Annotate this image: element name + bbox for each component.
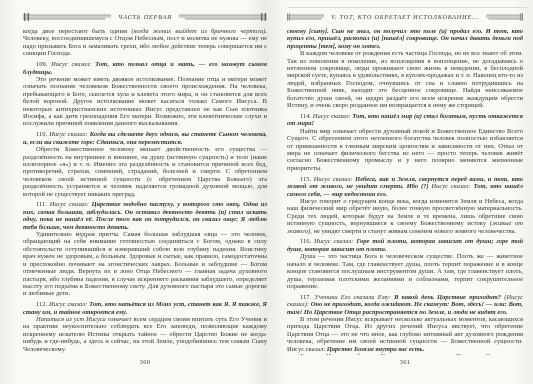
text-segment: В какой день Царствие приходит? <box>394 294 504 301</box>
chapter-title-right: V. ТОТ, КТО ОБРЕТАЕТ ИСТОЛКОВАНИЕ... <box>324 14 486 21</box>
page-body-left: когда двое перестают быть одним (когда ж… <box>23 28 267 355</box>
paragraph: 111. Иисус сказал: Царствие подобно паст… <box>23 201 267 231</box>
page-number-right: 361 <box>287 359 523 366</box>
paragraph: когда двое перестают быть одним (когда ж… <box>23 28 267 58</box>
page-number-left: 360 <box>23 359 267 366</box>
paragraph: Иисус говорит о грядущем конце века, ког… <box>287 198 523 235</box>
paragraph: 114. Иисус сказал: Тот, кто нашёл мир (и… <box>287 113 523 128</box>
book-spread: ЧАСТЬ ПЕРВАЯ когда двое перестают быть о… <box>0 0 533 384</box>
text-segment: Царство Божие внутри вас есть. <box>327 346 425 353</box>
text-segment: Иисус сказал: <box>50 201 92 208</box>
header-rule-ornament-icon <box>486 13 523 21</box>
text-segment: 117. <box>300 294 314 301</box>
paragraph: В каждом человеке от рождения есть части… <box>287 50 523 109</box>
paragraph: 112. Иисус сказал: Тот, кто напьётся из … <box>23 301 267 316</box>
text-segment: 111. <box>36 201 50 208</box>
page-left: ЧАСТЬ ПЕРВАЯ когда двое перестают быть о… <box>23 12 267 366</box>
text-segment: Иисус сказал: <box>314 238 356 245</box>
header-rule-ornament-icon <box>23 13 111 21</box>
header-rule-ornament-icon <box>179 13 267 21</box>
paragraph: 110. Иисус сказал: Когда вы сделаете дву… <box>23 131 267 146</box>
text-segment: Душа — это частица Бога в человеческом с… <box>287 253 523 290</box>
text-segment: своему [сыну]. Сын не знал, он получил э… <box>287 28 523 50</box>
running-header-right: V. ТОТ, КТО ОБРЕТАЕТ ИСТОЛКОВАНИЕ... <box>287 12 523 22</box>
paragraph: 109. Иисус сказал: Тот, кто познал отца … <box>23 61 267 76</box>
paragraph: 115. Иисус сказал: Небеса, как и Земля, … <box>287 176 523 198</box>
paragraph: 117. Ученики Его сказали Ему: В какой де… <box>287 294 523 316</box>
text-segment: Ученики Его сказали Ему: <box>314 294 394 301</box>
text-segment: Напиться из уст Иисуса <box>36 316 106 323</box>
paragraph: своему [сыну]. Сын не знал, он получил э… <box>287 28 523 50</box>
text-segment: Иисус говорит о грядущем конце века, ког… <box>287 198 523 227</box>
text-segment: 110. <box>36 131 49 138</box>
text-segment: (когда жених выйдет из брачного чертога) <box>131 28 265 35</box>
text-segment: Обрести Божественное человеку мешает дво… <box>23 146 267 197</box>
text-segment: Ученики Иисуса требуют от Него назвать с… <box>287 353 523 355</box>
paragraph: Душа — это частица Бога в человеческом с… <box>287 253 523 290</box>
running-header-left: ЧАСТЬ ПЕРВАЯ <box>23 12 267 22</box>
page-body-right: своему [сыну]. Сын не знал, он получил э… <box>287 28 523 355</box>
paragraph: Напиться из уст Иисуса означает всем сер… <box>23 316 267 353</box>
text-segment: Найти мир означает обрести духовный поко… <box>287 128 523 172</box>
text-segment: Иисус сказал: <box>313 113 353 120</box>
text-segment: , не увидят смерти и станут живым семене… <box>310 228 516 235</box>
text-segment: Иисус сказал: <box>51 61 95 68</box>
paragraph: В этом речении Иисус вскрывает несколько… <box>287 316 523 353</box>
chapter-title-left: ЧАСТЬ ПЕРВАЯ <box>111 14 179 21</box>
text-segment: Удивительно мудрая притча. Самая большая… <box>23 231 267 297</box>
text-segment: В каждом человеке от рождения есть части… <box>287 50 523 109</box>
paragraph: 116. Иисус сказал: Горе той плоти, котор… <box>287 238 523 253</box>
text-segment: Иисус сказал: <box>49 301 89 308</box>
text-segment: 114. <box>300 113 313 120</box>
text-segment: Иисус сказал: <box>314 176 355 183</box>
text-segment: 116. <box>300 238 314 245</box>
paragraph: Это речение может иметь двоякое истолков… <box>23 76 267 128</box>
paragraph: Обрести Божественное человеку мешает дво… <box>23 146 267 198</box>
text-segment: 115. <box>300 176 314 183</box>
paragraph: Найти мир означает обрести духовный поко… <box>287 128 523 172</box>
text-segment: Иисус сказал: <box>431 183 473 190</box>
header-rule-ornament-icon <box>287 13 324 21</box>
page-edge-line <box>287 7 527 8</box>
text-segment: когда двое перестают быть одним <box>23 28 131 35</box>
text-segment: Это речение может иметь двоякое истолков… <box>23 76 267 127</box>
paragraph: Удивительно мудрая притча. Самая большая… <box>23 231 267 298</box>
text-segment: 109. <box>36 61 51 68</box>
text-segment: Оно не приходит, когда ожидают. Не скажу… <box>287 301 523 315</box>
text-segment: 112. <box>36 301 49 308</box>
text-segment: Иисус сказал: <box>49 131 89 138</box>
page-right: V. ТОТ, КТО ОБРЕТАЕТ ИСТОЛКОВАНИЕ... сво… <box>287 12 523 366</box>
paragraph: Ученики Иисуса требуют от Него назвать с… <box>287 353 523 355</box>
